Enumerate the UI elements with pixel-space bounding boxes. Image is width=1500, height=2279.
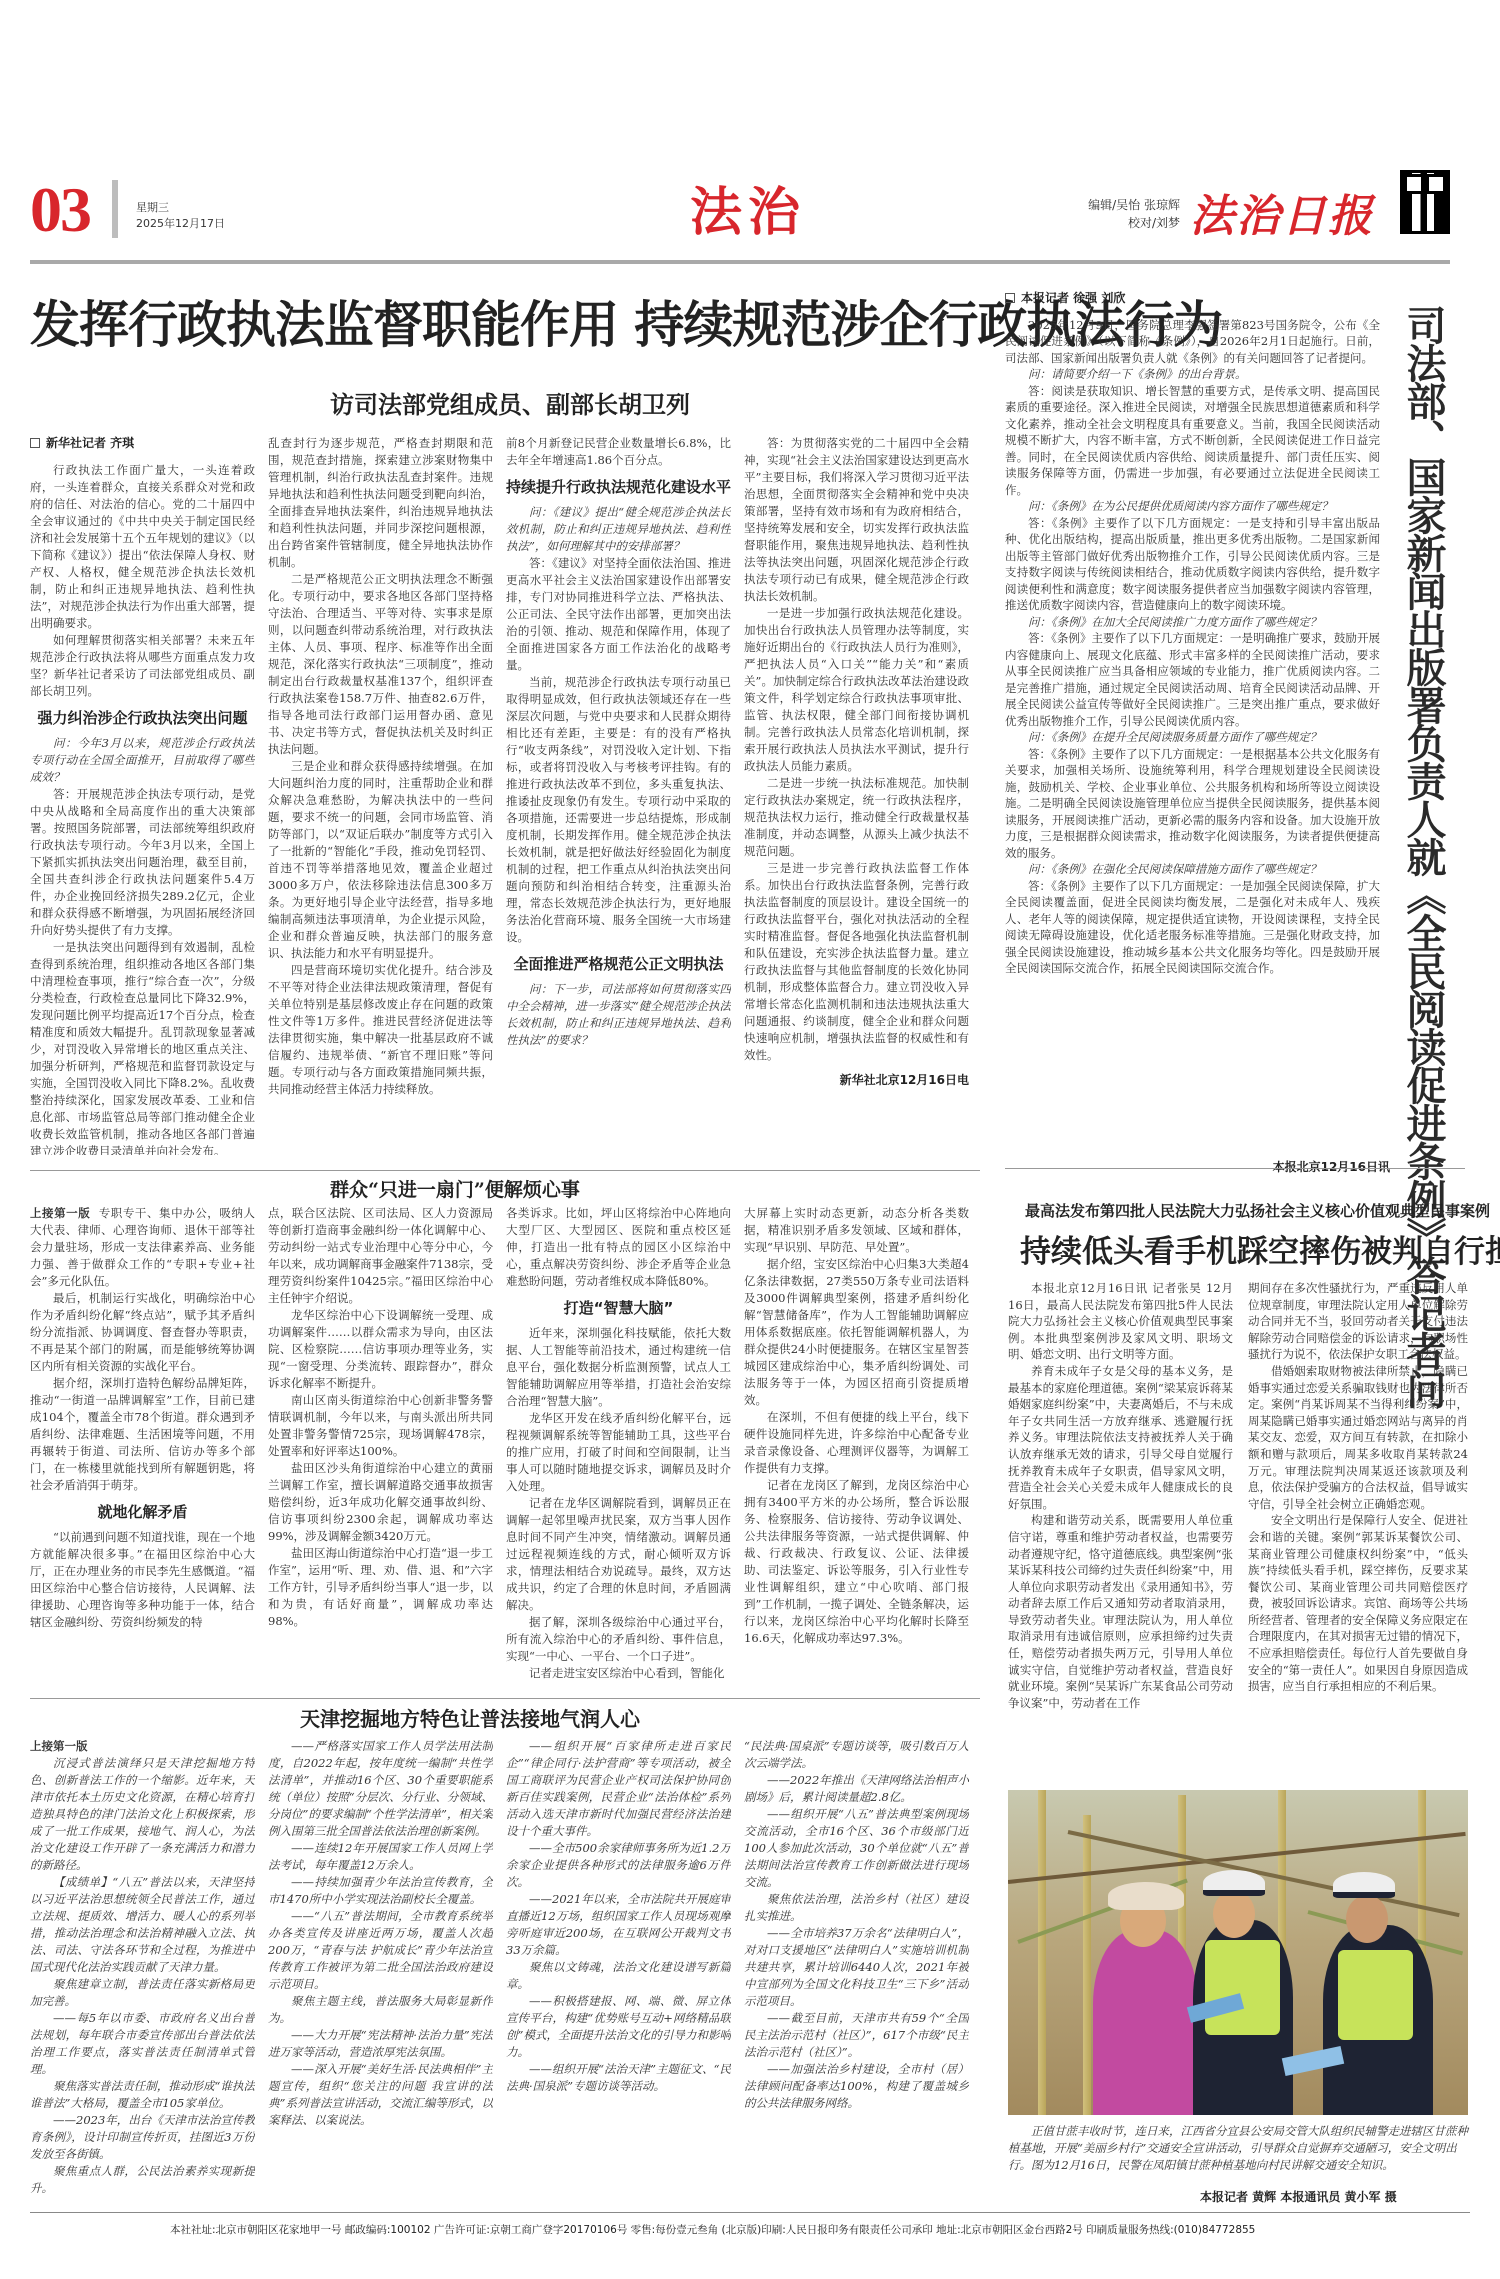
reflective-vest [1338,1950,1413,2040]
tianjin-column-1: 上接第一版 沉浸式普法演绎只是天津挖掘地方特色、创新普法工作的一个缩影。近年来，… [30,1738,255,2203]
paragraph: 近年来，深圳强化科技赋能，依托大数据、人工智能等前沿技术，通过构建统一信息平台，… [506,1325,731,1410]
paragraph: 乱查封行为逐步规范，严格查封期限和范围，规范查封措施，探索建立涉案财物集中管理机… [268,435,493,571]
paragraph: 答：《条例》主要作了以下几方面规定：一是支持和引导丰富出版品种、优化出版结构，提… [1005,515,1380,614]
paragraph: 答：《建议》对坚持全面依法治国、推进更高水平社会主义法治国家建设作出部署安排，专… [506,555,731,674]
paragraph: ——深入开展“美好生活·民法典相伴”主题宣传，组织“您关注的问题 我宣讲的法典”… [268,2061,493,2129]
lead-subheadline: 访司法部党组成员、副部长胡卫列 [330,385,690,420]
paragraph: ——2022年推出《天津网络法治相声小剧场》后，累计阅读量超2.8亿。 [744,1772,969,1806]
paragraph: 如何理解贯彻落实相关部署？未来五年规范涉企行政执法将从哪些方面重点发力攻坚？新华… [30,632,255,700]
question: 问：《建议》提出“健全规范涉企执法长效机制，防止和纠正违规异地执法、趋利性执法”… [506,504,731,555]
news-photo[interactable] [1008,1790,1468,2115]
paragraph: 据了解，深圳各级综治中心通过平台，所有流入综治中心的矛盾纠纷、事件信息，实现“一… [506,1614,731,1665]
publisher-footer: 本社社址:北京市朝阳区花家地甲一号 邮政编码:100102 广告许可证:京朝工商… [170,2222,1255,2237]
paragraph: ——“八五”普法期间，全市教育系统举办各类宣传及讲座近两万场，覆盖人次超200万… [268,1908,493,1993]
lead-column-4: 答：为贯彻落实党的二十届四中全会精神，实现“社会主义法治国家建设达到更高水平”主… [744,435,969,1155]
paragraph: 养育未成年子女是父母的基本义务，是最基本的家庭伦理道德。案例“梁某宸诉蒋某婚姻家… [1008,1363,1233,1512]
paragraph: 点，联合区法院、区司法局、区人力资源局等创新打造商事金融纠纷一体化调解中心、劳动… [268,1205,493,1307]
sun-hat [1108,1882,1184,1910]
paragraph: 最后，机制运行实战化，明确综治中心作为矛盾纠纷化解“终点站”，赋予其矛盾纠纷分流… [30,1290,255,1375]
court-title: 持续低头看手机踩空摔伤被判自行担责 [1020,1226,1500,1271]
tianjin-title: 天津挖掘地方特色让普法接地气润人心 [300,1703,640,1732]
section-divider [30,1698,980,1699]
tianjin-column-3: ——组织开展“百家律所走进百家民企”“律企同行·法护营商”等专项活动，被全国工商… [506,1738,731,2203]
sugarcane-stalk [1038,1790,1046,2115]
lead-column-1: 新华社记者 齐琪 行政执法工作面广量大，一头连着政府，一头连着群众，直接关系群众… [30,435,255,1155]
lead-byline: 新华社记者 齐琪 [30,435,255,452]
newspaper-page: 03 星期三 2025年12月17日 法治 编辑/吴怡 张琼辉 校对/刘梦 法治… [0,0,1500,2279]
photo-credit: 本报记者 黄辉 本报通讯员 黄小军 摄 [1200,2188,1397,2205]
paragraph: 四是营商环境切实优化提升。结合涉及不平等对待企业法律法规政策清理，督促有关单位特… [268,962,493,1098]
paragraph: 构建和谐劳动关系，既需要用人单位重信守诺，尊重和维护劳动者权益，也需要劳动者遵规… [1008,1512,1233,1711]
qr-code-icon[interactable] [1400,170,1450,234]
court-column-1: 本报北京12月16日讯 记者张昊 12月16日，最高人民法院发布第四批5件人民法… [1008,1280,1233,1760]
paragraph: 龙华区开发在线矛盾纠纷化解平台，远程视频调解系统等智能辅助工具，这些平台的推广应… [506,1410,731,1495]
paragraph: 大屏幕上实时动态更新，动态分析各类数据，精准识别矛盾多发领域、区域和群体，实现“… [744,1205,969,1256]
sugarcane-stalk [1083,1815,1091,2115]
paragraph: ——持续加强青少年法治宣传教育，全市1470所中小学实现法治副校长全覆盖。 [268,1874,493,1908]
paragraph: “民法典·国桌派”专题访谈等，吸引数百万人次云端学法。 [744,1738,969,1772]
paragraph: 南山区南头街道综治中心创新非警务警情联调机制，今年以来，与南头派出所共同处置非警… [268,1392,493,1460]
paragraph: 二是严格规范公正文明执法理念不断强化。专项行动中，要求各地区各部门坚持格守法治、… [268,571,493,758]
paragraph: 答：《条例》主要作了以下几方面规定：一是加强全民阅读保障，扩大全民阅读覆盖面，促… [1005,878,1380,977]
section-subhead: 强力纠治涉企行政执法突出问题 [30,710,255,727]
paragraph: 2025年12月9日，国务院总理李强签署第823号国务院令，公布《全民阅读促进条… [1005,317,1380,367]
shenzhen-title: 群众“只进一扇门”便解烦心事 [330,1175,580,1202]
paragraph: 前8个月新登记民营企业数量增长6.8%，比去年全年增速高1.86个百分点。 [506,435,731,469]
villager-figure [1093,1930,1198,2115]
editor-credits: 编辑/吴怡 张琼辉 校对/刘梦 [1080,196,1180,232]
section-divider [30,1170,980,1171]
shenzhen-column-4: 大屏幕上实时动态更新，动态分析各类数据，精准识别矛盾多发领域、区域和群体，实现“… [744,1205,969,1685]
section-subhead: 持续提升行政执法规范化建设水平 [506,479,731,496]
paragraph: 聚焦建章立制，普法责任落实新格局更加完善。 [30,1976,255,2010]
lead-column-2: 乱查封行为逐步规范，严格查封期限和范围，规范查封措施，探索建立涉案财物集中管理机… [268,435,493,1155]
paragraph: 在深圳，不但有便捷的线上平台，线下硬件设施同样先进，许多综治中心配备专业录音录像… [744,1409,969,1477]
paragraph: ——积极搭建报、网、端、微、屏立体宣传平台，构建“优势账号互动+网络精品联创”模… [506,1993,731,2061]
paragraph: 借婚姻索取财物被法律所禁止，隐瞒已婚事实通过恋爱关系骗取钱财也为法律所否定。案例… [1248,1363,1468,1512]
reading-byline: 本报记者 徐强 刘欣 [1005,290,1380,307]
court-column-2: 期间存在多次性骚扰行为，严重违反用人单位规章制度，审理法院认定用人单位解除劳动合… [1248,1280,1468,1760]
paragraph: ——每5年以市委、市政府名义出台普法规划，每年联合市委宣传部出台普法依法治理工作… [30,2010,255,2078]
reflective-vest [1205,1940,1280,2035]
section-title: 法治 [690,170,806,245]
question: 问：今年3月以来，规范涉企行政执法专项行动在全国全面推开，目前取得了哪些成效？ [30,735,255,786]
paragraph: 答：阅读是获取知识、增长智慧的重要方式，是传承文明、提高国民素质的重要途径。深入… [1005,383,1380,499]
paragraph: ——组织开展“八五”普法典型案例现场交流活动，全市16个区、36个市级部门近10… [744,1806,969,1891]
paragraph: 聚焦重点人群，公民法治素养实现新提升。 [30,2163,255,2197]
paragraph: ——连续12年开展国家工作人员网上学法考试，每年覆盖12万余人。 [268,1840,493,1874]
paragraph: 行政执法工作面广量大，一头连着政府，一头连着群众，直接关系群众对党和政府的信任、… [30,462,255,632]
paragraph: 沉浸式普法演绎只是天津挖掘地方特色、创新普法工作的一个缩影。近年来，天津市依托本… [30,1755,255,1874]
paragraph: ——截至目前，天津市共有59个“全国民主法治示范村（社区）”，617个市级“民主… [744,2010,969,2061]
section-subhead: 就地化解矛盾 [30,1504,255,1521]
paragraph: ——全市培养37万余名“法律明白人”，对对口支援地区“法律明白人”实施培训机制共… [744,1925,969,2010]
masthead: 03 星期三 2025年12月17日 法治 编辑/吴怡 张琼辉 校对/刘梦 法治… [30,170,1450,260]
officer-head [1346,1895,1388,1943]
paragraph: 安全文明出行是保障行人安全、促进社会和谐的关键。案例“郭某诉某餐饮公司、某商业管… [1248,1512,1468,1695]
shenzhen-column-2: 点，联合区法院、区司法局、区人力资源局等创新打造商事金融纠纷一体化调解中心、劳动… [268,1205,493,1685]
paragraph: “以前遇到问题不知道找谁，现在一个地方就能解决很多事。”在福田区综治中心大厅，正… [30,1529,255,1631]
paragraph: 记者走进宝安区综治中心看到，智能化 [506,1665,731,1682]
paragraph: ——2021年以来，全市法院共开展庭审直播近12万场，组织国家工作人员现场观摩旁… [506,1891,731,1959]
question: 问：《条例》在提升全民阅读服务质量方面作了哪些规定？ [1005,729,1380,746]
issue-date: 星期三 2025年12月17日 [136,200,225,232]
paragraph: ——组织开展“法治天津”主题征文、“民法典·国泉派”专题访谈等活动。 [506,2061,731,2095]
weekday: 星期三 [136,200,225,216]
lead-column-3: 前8个月新登记民营企业数量增长6.8%，比去年全年增速高1.86个百分点。 持续… [506,435,731,1155]
paragraph: 一是进一步加强行政执法规范化建设。加快出台行政执法人员管理办法等制度，实施好近期… [744,605,969,775]
tianjin-column-2: ——严格落实国家工作人员学法用法制度，自2022年起，按年度统一编制“共性学法清… [268,1738,493,2203]
paragraph: 二是进一步统一执法标准规范。加快制定行政执法办案规定，统一行政执法程序，规范执法… [744,775,969,860]
section-subhead: 全面推进严格规范公正文明执法 [506,956,731,973]
paragraph: 答：开展规范涉企执法专项行动，是党中央从战略和全局高度作出的重大决策部署。按照国… [30,786,255,939]
shenzhen-column-1: 上接第一版 专职专干、集中办公，吸纳人大代表、律师、心理咨询师、退休干部等社会力… [30,1205,255,1685]
reading-dateline: 本报北京12月16日讯 [1200,1158,1390,1175]
paragraph: ——2023年，出台《天津市法治宣传教育条例》，设计印制宣传折页，挂图近3万份发… [30,2112,255,2163]
masthead-rule [30,260,1450,264]
paragraph: 聚焦落实普法责任制，推动形成“谁执法谁普法”大格局，覆盖全市105家单位。 [30,2078,255,2112]
paragraph: 本报北京12月16日讯 记者张昊 12月16日，最高人民法院发布第四批5件人民法… [1008,1280,1233,1363]
shenzhen-column-3: 各类诉求。比如，坪山区将综治中心阵地向大型厂区、大型园区、医院和重点校区延伸，打… [506,1205,731,1685]
paragraph: 龙华区综治中心下设调解统一受理、成功调解案件……以群众需求为导向，由区法院、区检… [268,1307,493,1392]
police-cap [1203,1870,1265,1896]
dateline: 新华社北京12月16日电 [744,1072,969,1089]
paragraph: 三是企业和群众获得感持续增强。在加大问题纠治力度的同时，注重帮助企业和群众解决急… [268,758,493,962]
paragraph: 聚焦主题主线，普法服务大局彰显新作为。 [268,1993,493,2027]
photo-caption: 正值甘蔗丰收时节，连日来，江西省分宜县公安局交管大队组织民辅警走进辖区甘蔗种植基… [1008,2123,1468,2174]
question: 问：《条例》在为公民提供优质阅读内容方面作了哪些规定？ [1005,498,1380,515]
police-cap [1333,1872,1395,1898]
reading-article-body: 本报记者 徐强 刘欣 2025年12月9日，国务院总理李强签署第823号国务院令… [1005,290,1380,1110]
proofreader: 校对/刘梦 [1080,214,1180,232]
paragraph: 据介绍，深圳打造特色解纷品牌矩阵，推动“一街道一品牌调解室”工作，目前已建成10… [30,1375,255,1494]
paragraph: 盐田区海山街道综治中心打造“退一步工作室”，运用“听、理、劝、借、退、和”六字工… [268,1545,493,1630]
paragraph: 三是进一步完善行政执法监督工作体系。加快出台行政执法监督条例，完善行政执法监督制… [744,860,969,1064]
paragraph: 答：《条例》主要作了以下几方面规定：一是明确推广要求，鼓励开展内容健康向上、展现… [1005,630,1380,729]
paragraph: 当前，规范涉企行政执法专项行动虽已取得明显成效，但行政执法领域还存在一些深层次问… [506,674,731,946]
paragraph: 聚焦以文铸魂，法治文化建设谱写新篇章。 [506,1959,731,1993]
paragraph: 据介绍，宝安区综治中心归集3大类超4亿条法律数据，27类550万条专业司法语料及… [744,1256,969,1409]
question: 问：《条例》在加大全民阅读推广力度方面作了哪些规定？ [1005,614,1380,631]
date: 2025年12月17日 [136,216,225,232]
tianjin-column-4: “民法典·国桌派”专题访谈等，吸引数百万人次云端学法。 ——2022年推出《天津… [744,1738,969,2203]
paragraph: 答：《条例》主要作了以下几方面规定：一是根据基本公共文化服务有关要求，加强相关场… [1005,746,1380,862]
paragraph: 各类诉求。比如，坪山区将综治中心阵地向大型厂区、大型园区、医院和重点校区延伸，打… [506,1205,731,1290]
paragraph: ——严格落实国家工作人员学法用法制度，自2022年起，按年度统一编制“共性学法清… [268,1738,493,1840]
byline-box-icon [1005,293,1015,303]
page-number: 03 [30,178,90,242]
paragraph: 答：为贯彻落实党的二十届四中全会精神，实现“社会主义法治国家建设达到更高水平”主… [744,435,969,605]
question: 问：《条例》在强化全民阅读保障措施方面作了哪些规定？ [1005,861,1380,878]
continued-label: 上接第一版 [30,1738,255,1755]
paragraph: ——加强法治乡村建设，全市村（居）法律顾问配备率达100%，构建了覆盖城乡的公共… [744,2061,969,2112]
paragraph: ——组织开展“百家律所走进百家民企”“律企同行·法护营商”等专项活动，被全国工商… [506,1738,731,1840]
paragraph: 【成绩单】“八五”普法以来，天津坚持以习近平法治思想统领全民普法工作，通过立法规… [30,1874,255,1976]
paragraph: 期间存在多次性骚扰行为，严重违反用人单位规章制度，审理法院认定用人单位解除劳动合… [1248,1280,1468,1363]
paragraph: 记者在龙华区调解院看到，调解员正在调解一起邻里噪声扰民案，双方当事人因作息时间不… [506,1495,731,1614]
paragraph: 聚焦依法治理，法治乡村（社区）建设扎实推进。 [744,1891,969,1925]
byline-box-icon [30,438,40,448]
editors: 编辑/吴怡 张琼辉 [1080,196,1180,214]
newspaper-logo: 法治日报 [1190,180,1374,244]
paragraph: 盐田区沙头角街道综治中心建立的黄丽兰调解工作室，擅长调解道路交通事故损害赔偿纠纷… [268,1460,493,1545]
section-divider [1005,1168,1465,1169]
paragraph: ——大力开展“宪法精神·法治力量”宪法进万家等活动，营造浓厚宪法氛围。 [268,2027,493,2061]
court-kicker: 最高法发布第四批人民法院大力弘扬社会主义核心价值观典型民事案例 [1025,1200,1490,1221]
paragraph: 上接第一版 专职专干、集中办公，吸纳人大代表、律师、心理咨询师、退休干部等社会力… [30,1205,255,1290]
paragraph: ——全市500余家律师事务所为近1.2万余家企业提供各种形式的法律服务逾6万件次… [506,1840,731,1891]
footer-rule [30,2212,1470,2213]
paragraph: 一是执法突出问题得到有效遏制，乱检查得到系统治理，组织推动各地区各部门集中清理检… [30,939,255,1155]
section-subhead: 打造“智慧大脑” [506,1300,731,1317]
paragraph: 记者在龙岗区了解到，龙岗区综治中心拥有3400平方米的办公场所，整合诉讼服务、检… [744,1477,969,1647]
question: 问：请简要介绍一下《条例》的出台背景。 [1005,366,1380,383]
officer-head [1213,1890,1255,1938]
continued-label: 上接第一版 [30,1206,90,1220]
page-number-divider [112,180,118,238]
question: 问：下一步，司法部将如何贯彻落实四中全会精神，进一步落实“健全规范涉企执法长效机… [506,981,731,1049]
